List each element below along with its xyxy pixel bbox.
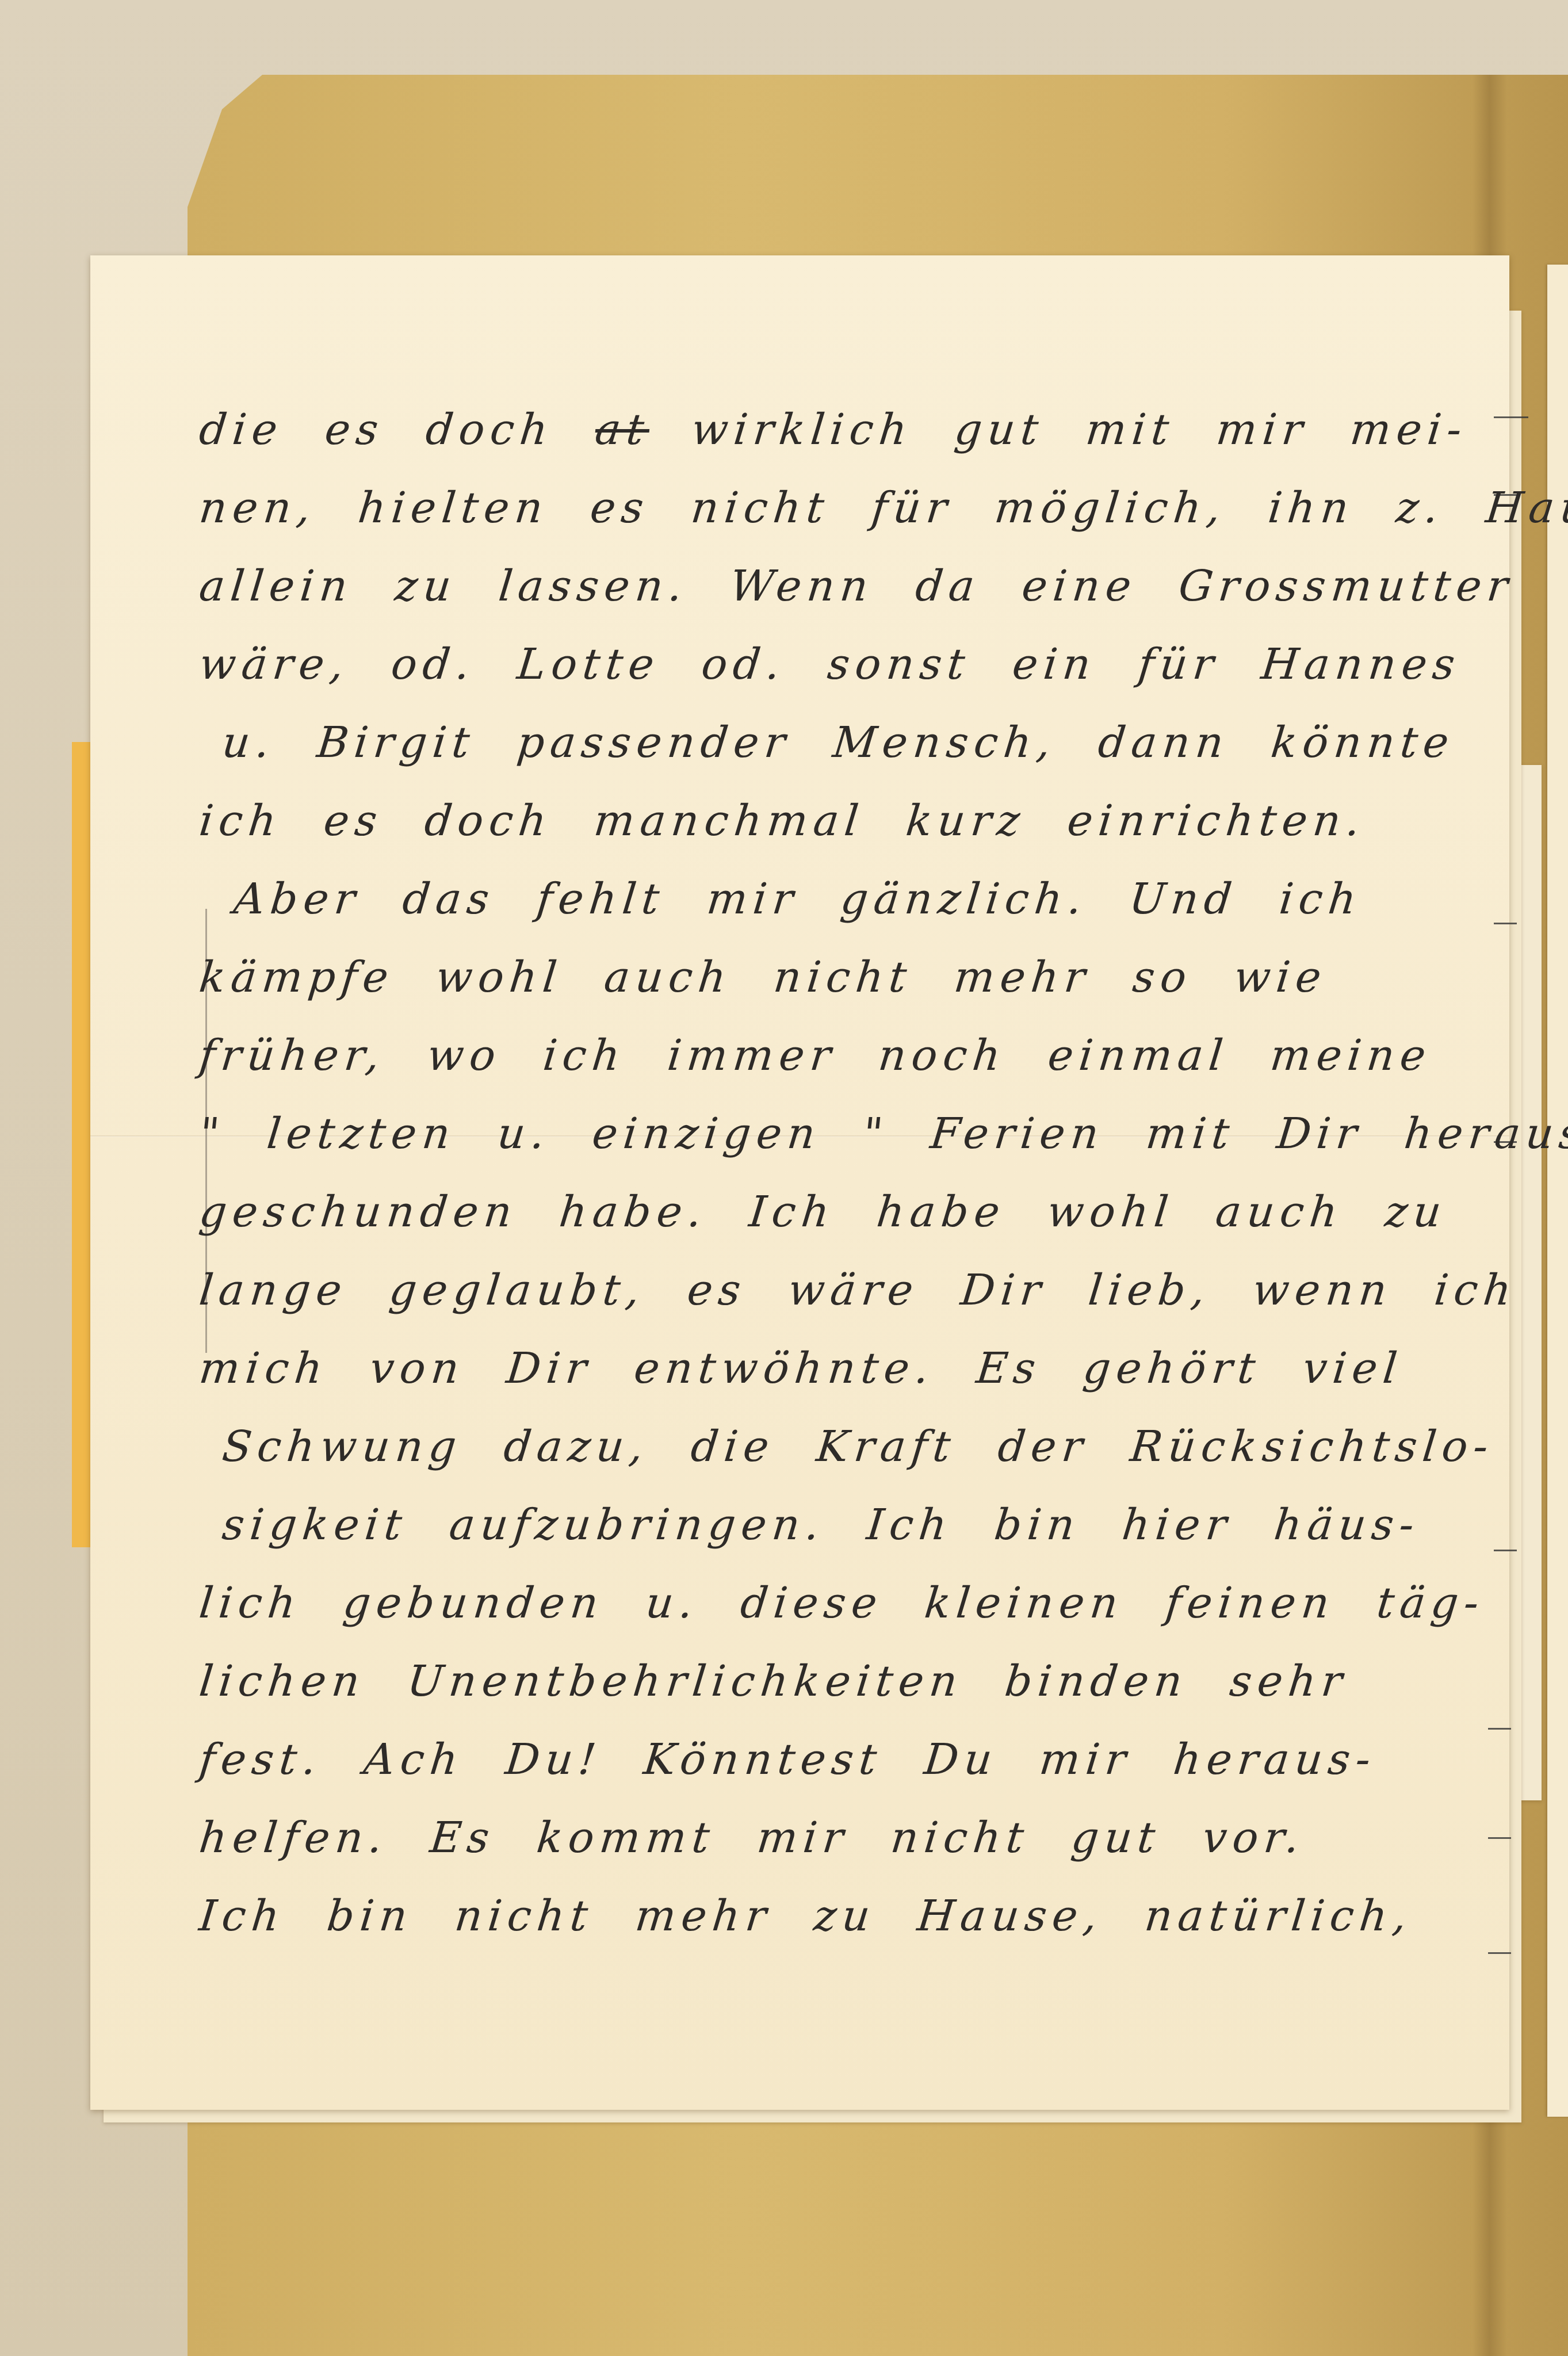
text-line: kämpfe wohl auch nicht mehr so wie <box>197 953 1329 1002</box>
text-line: lange geglaubt, es wäre Dir lieb, wenn i… <box>197 1265 1519 1315</box>
text-line: helfen. Es kommt mir nicht gut vor. <box>197 1813 1307 1862</box>
adjacent-letter-page <box>1547 265 1568 2117</box>
text-line: sigkeit aufzubringen. Ich bin hier häus- <box>220 1500 1422 1550</box>
text-line: u. Birgit passender Mensch, dann könnte <box>220 718 1456 767</box>
text-line: Aber das fehlt mir gänzlich. Und ich <box>231 874 1364 924</box>
text-line: Ich bin nicht mehr zu Hause, natürlich, <box>197 1891 1414 1941</box>
text-line: fest. Ach Du! Könntest Du mir heraus- <box>197 1735 1378 1784</box>
text-line: lich gebunden u. diese kleinen feinen tä… <box>197 1578 1486 1628</box>
letter-page: die es doch at wirklich gut mit mir mei-… <box>90 255 1509 2110</box>
text-line: wäre, od. Lotte od. sonst ein für Hannes <box>197 640 1463 689</box>
hyphen-mark <box>1488 1837 1511 1839</box>
text-line: mich von Dir entwöhnte. Es gehört viel <box>197 1344 1405 1393</box>
text-line: lichen Unentbehrlichkeiten binden sehr <box>197 1657 1350 1706</box>
text-line: nen, hielten es nicht für möglich, ihn z… <box>197 483 1568 533</box>
text-line: ich es doch manchmal kurz einrichten. <box>197 796 1368 846</box>
hyphen-mark <box>1488 1728 1511 1730</box>
hyphen-mark <box>1488 1952 1511 1954</box>
text-line: die es doch at wirklich gut mit mir mei- <box>197 405 1470 454</box>
hyphen-mark <box>1494 416 1528 418</box>
text-line: allein zu lassen. Wenn da eine Grossmutt… <box>197 561 1516 611</box>
text-line: früher, wo ich immer noch einmal meine <box>197 1031 1433 1080</box>
text-line: " letzten u. einzigen " Ferien mit Dir h… <box>197 1109 1568 1158</box>
text-line: Schwung dazu, die Kraft der Rücksichtslo… <box>220 1422 1496 1471</box>
hyphen-mark <box>1494 923 1517 924</box>
text-line: geschunden habe. Ich habe wohl auch zu <box>197 1187 1449 1237</box>
hyphen-mark <box>1494 1550 1517 1551</box>
